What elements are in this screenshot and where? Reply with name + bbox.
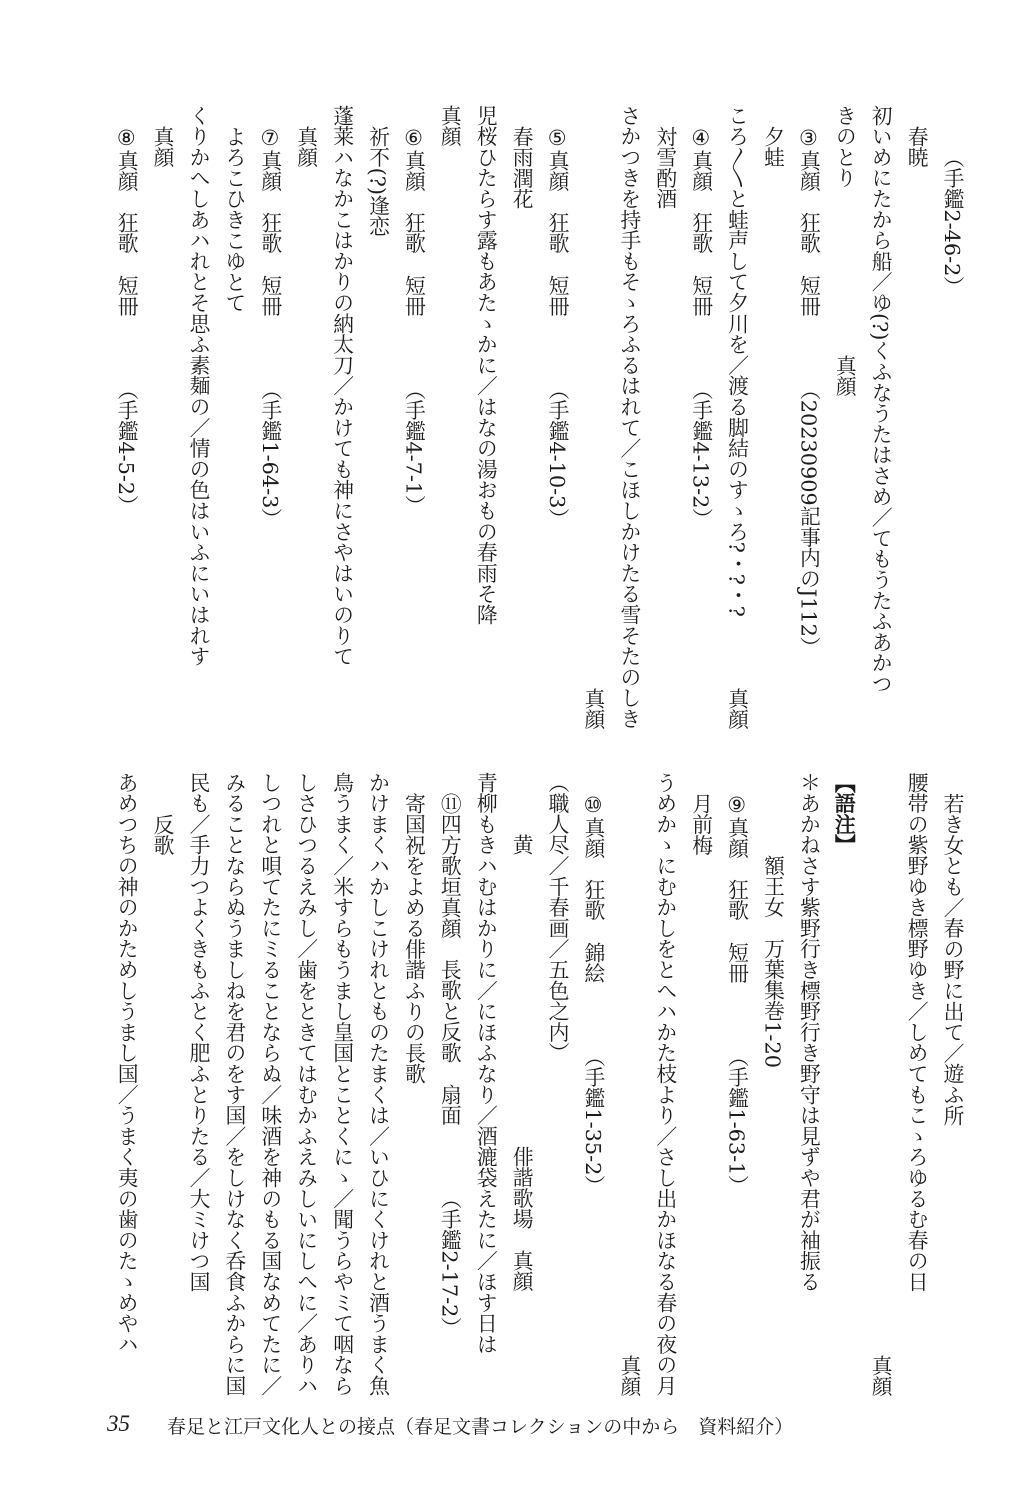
citation-author: 額王女 xyxy=(760,855,784,917)
entry-source: （手鑑1-64-3） xyxy=(258,379,282,529)
poem-signature-line: 真顔 xyxy=(287,105,323,730)
entry-medium: 短冊 xyxy=(401,275,425,317)
poem-title: 反歌 xyxy=(143,772,179,1397)
poem-line: 青柳もきハむはかりに／にほふなり／酒漉袋えたに／ほす日は xyxy=(466,772,502,1397)
poem-signature: 真顔 xyxy=(294,126,318,168)
entry-source: （手鑑1-35-2） xyxy=(581,1046,605,1196)
poem-title-text: 月前梅 xyxy=(689,793,713,855)
entry-header: ⑦真顔狂歌短冊（手鑑1-64-3） xyxy=(251,105,287,730)
entry-number: ⑦ xyxy=(258,126,282,150)
poem-line: ころ〳〵と蛙声して夕川を／渡る脚結のすゝろ?・?・?真顔 xyxy=(718,105,754,730)
entry-number: ⑥ xyxy=(401,126,425,150)
entry-medium: 短冊 xyxy=(258,275,282,317)
poem-line: あめつちの神のかためしうまし国／うまく夷の歯のたゝめやハ xyxy=(107,772,143,1397)
entry-header: ⑧真顔狂歌短冊（手鑑4-5-2） xyxy=(107,105,143,730)
entry-genre: 狂歌 xyxy=(545,212,569,254)
entry-medium: 短冊 xyxy=(725,942,749,984)
poem-text: 初いめにたから船／ゆ(?)くふなうたはさめ／てもうたふあかつ xyxy=(868,105,892,694)
poem-text: 鳥うまく／米すらもうまし皇国とことくにゝ／聞うらやミて咽なら xyxy=(330,772,354,1396)
entry-author: 真顔 xyxy=(725,817,749,859)
poem-line: うめかゝにむかしをとへハかた枝より／さし出かほなる春の夜の月 xyxy=(646,772,682,1397)
poem-title: 寄国祝をよめる俳諧ふりの長歌 xyxy=(395,772,431,1397)
entry-header: ⑥真顔狂歌短冊（手鑑4-7-1） xyxy=(395,105,431,730)
glossary-heading: 【語注】 xyxy=(825,772,861,1397)
running-title: 春足と江戸文化人との接点（春足文書コレクションの中から 資料紹介） xyxy=(167,1412,793,1439)
poem-text: きのとり xyxy=(832,105,856,188)
source-text: （手鑑2-46-2） xyxy=(940,147,964,297)
entry-source: （手鑑4-13-2） xyxy=(689,379,713,529)
glossary-heading-text: 【語注】 xyxy=(831,772,856,855)
poem-text: ころ〳〵と蛙声して夕川を／渡る脚結のすゝろ?・?・? xyxy=(718,105,754,617)
poem-title: 春暁 xyxy=(897,105,933,730)
entry-genre: 狂歌 xyxy=(401,212,425,254)
entry-medium: 錦絵 xyxy=(581,942,605,984)
glossary-citation: 額王女万葉集巻1-20 xyxy=(754,772,790,1397)
entry-header: ⑨真顔狂歌短冊（手鑑1-63-1） xyxy=(718,772,754,1397)
poem-signature: 真顔 xyxy=(437,105,461,147)
poem-signature-line: 真顔 xyxy=(861,772,897,1397)
entry-genre: 狂歌 xyxy=(258,212,282,254)
poem-text: しつれと唄てたにミることならぬ／味酒を神のもる国なめてたに／ xyxy=(258,772,282,1396)
poem-text: 青柳もきハむはかりに／にほふなり／酒漉袋えたに／ほす日は xyxy=(473,772,497,1354)
source-reference: （手鑑2-46-2） xyxy=(933,105,969,730)
poem-title: 対雪酌酒 xyxy=(646,105,682,730)
poem-title-text: 反歌 xyxy=(150,814,174,856)
entry-number: ⑤ xyxy=(545,126,569,150)
poem-title: 月前梅 xyxy=(682,772,718,1397)
poem-line: きのとり真顔 xyxy=(825,105,861,730)
poem-line: かけまくハかしこけれとものたまくは／いひにくけれと酒うまく魚 xyxy=(359,772,395,1397)
poem-signature-line: 真顔 xyxy=(430,105,466,730)
poem-signature: 真顔 xyxy=(832,355,856,397)
entry-source: （手鑑1-63-1） xyxy=(725,1046,749,1196)
poem-text: かけまくハかしこけれとものたまくは／いひにくけれと酒うまく魚 xyxy=(366,772,390,1396)
entry-header: ⑤真顔狂歌短冊（手鑑4-10-3） xyxy=(538,105,574,730)
poem-title-text: 対雪酌酒 xyxy=(653,126,677,209)
poem-line: 鳥うまく／米すらもうまし皇国とことくにゝ／聞うらやミて咽なら xyxy=(323,772,359,1397)
poem-line: さかつきを持手もそゝろふるはれて／こほしかけたる雪そたのしき xyxy=(610,105,646,730)
poem-signature-line: 真顔 xyxy=(574,105,610,730)
entry-genre: 長歌と反歌 xyxy=(437,959,461,1063)
entry-number: ⑩ xyxy=(581,793,605,817)
entry-source: （手鑑2-17-2） xyxy=(437,1188,461,1338)
poem-text: くりかへしあハれとそ思ふ素麺の／情の色はいふにいはれす xyxy=(186,105,210,667)
poem-title: 夕蛙 xyxy=(754,105,790,730)
entry-author: 四方歌垣真顔 xyxy=(437,814,461,939)
entry-number: ⑧ xyxy=(114,126,138,150)
poem-title-text: 春暁 xyxy=(904,126,928,168)
page-number: 35 xyxy=(107,1411,130,1437)
poem-line: 腰帯の紫野ゆき標野ゆき／しめてもこゝろゆるむ春の日 xyxy=(897,772,933,1397)
entry-header: ⑩真顔狂歌錦絵（手鑑1-35-2） xyxy=(574,772,610,1397)
poem-signature: 真顔 xyxy=(868,1355,892,1397)
poem-text: あめつちの神のかためしうまし国／うまく夷の歯のたゝめやハ xyxy=(114,772,138,1354)
poem-line: 蓬莱ハなかこはかりの納太刀／かけても神にさやはいのりて xyxy=(323,105,359,730)
poem-text: 民も／手力つよくきもふとく肥ふとりたる／大ミけつ国 xyxy=(186,772,210,1292)
poem-title: 春雨潤花 xyxy=(502,105,538,730)
poem-text: さかつきを持手もそゝろふるはれて／こほしかけたる雪そたのしき xyxy=(617,105,641,729)
poem-signature: 真顔 xyxy=(150,126,174,168)
upper-text-block: （手鑑2-46-2） 春暁 初いめにたから船／ゆ(?)くふなうたはさめ／てもうた… xyxy=(107,105,969,730)
series-note-text: （職人尽／千春画／五色之内） xyxy=(545,772,569,1063)
entry-number: ⑨ xyxy=(725,793,749,817)
poem-signature: 真顔 xyxy=(581,688,605,730)
entry-genre: 狂歌 xyxy=(725,879,749,921)
entry-author: 真顔 xyxy=(114,150,138,192)
entry-header: ③真顔狂歌短冊（20230909記事内のJ112） xyxy=(789,105,825,730)
poem-line: 児桜ひたらす露もあたゝかに／はなの湯おもの春雨そ降 xyxy=(466,105,502,730)
entry-medium: 短冊 xyxy=(689,275,713,317)
poem-title-text: 若き女とも／春の野に出て／遊ふ所 xyxy=(940,793,964,1126)
poem-title-text: 夕蛙 xyxy=(760,126,784,168)
poem-title: よろこひきこゆとて xyxy=(215,105,251,730)
poem-text: うめかゝにむかしをとへハかた枝より／さし出かほなる春の夜の月 xyxy=(653,772,677,1396)
poem-title: 祈不(?)逢恋 xyxy=(359,105,395,730)
poem-signature-line: 真顔 xyxy=(143,105,179,730)
entry-medium: 短冊 xyxy=(796,275,820,317)
entry-author: 真顔 xyxy=(689,150,713,192)
poem-line: しさひつるえみし／歯をときてはむかふえみしいにしへに／ありハ xyxy=(287,772,323,1397)
entry-author: 真顔 xyxy=(581,817,605,859)
poem-line: くりかへしあハれとそ思ふ素麺の／情の色はいふにいはれす xyxy=(179,105,215,730)
poem-text: 児桜ひたらす露もあたゝかに／はなの湯おもの春雨そ降 xyxy=(473,105,497,625)
entry-author: 真顔 xyxy=(796,150,820,192)
poem-line: しつれと唄てたにミることならぬ／味酒を神のもる国なめてたに／ xyxy=(251,772,287,1397)
poem-title-text: 寄国祝をよめる俳諧ふりの長歌 xyxy=(401,793,425,1084)
entry-source: （手鑑4-7-1） xyxy=(401,379,425,516)
page-footer: 35 春足と江戸文化人との接点（春足文書コレクションの中から 資料紹介） xyxy=(0,1408,1024,1442)
lower-text-block: 若き女とも／春の野に出て／遊ふ所 腰帯の紫野ゆき標野ゆき／しめてもこゝろゆるむ春… xyxy=(107,772,969,1397)
entry-source: （手鑑4-10-3） xyxy=(545,379,569,529)
poem-line: みることならぬうましねを君のをす国／をしけなく呑食ふからに国 xyxy=(215,772,251,1397)
poem-title-text: 祈不(?)逢恋 xyxy=(366,126,390,237)
entry-genre: 狂歌 xyxy=(581,879,605,921)
poem-title: 若き女とも／春の野に出て／遊ふ所 xyxy=(933,772,969,1397)
entry-number: ④ xyxy=(689,126,713,150)
glossary-note: ＊あかねさす紫野行き標野行き野守は見ずや君が袖振る xyxy=(789,772,825,1397)
entry-medium: 短冊 xyxy=(114,275,138,317)
entry-medium: 扇面 xyxy=(437,1084,461,1126)
poem-signature-line: 真顔 xyxy=(610,772,646,1397)
poem-text: 蓬莱ハなかこはかりの納太刀／かけても神にさやはいのりて xyxy=(330,105,354,667)
entry-author: 真顔 xyxy=(258,150,282,192)
entry-genre: 狂歌 xyxy=(689,212,713,254)
poem-title: 黄俳諧歌場 真顔 xyxy=(502,772,538,1397)
poem-text: みることならぬうましねを君のをす国／をしけなく呑食ふからに国 xyxy=(222,772,246,1396)
poem-title-text: よろこひきこゆとて xyxy=(222,126,246,313)
entry-author: 真顔 xyxy=(545,150,569,192)
entry-medium: 短冊 xyxy=(545,275,569,317)
poem-text: 腰帯の紫野ゆき標野ゆき／しめてもこゝろゆるむ春の日 xyxy=(904,772,928,1292)
poem-title-text: 黄 xyxy=(509,834,533,855)
poem-signature: 真顔 xyxy=(718,688,754,730)
entry-author: 真顔 xyxy=(401,150,425,192)
entry-source: （手鑑4-5-2） xyxy=(114,379,138,516)
entry-header: ⑪四方歌垣真顔長歌と反歌扇面（手鑑2-17-2） xyxy=(430,772,466,1397)
entry-genre: 狂歌 xyxy=(796,212,820,254)
entry-number: ⑪ xyxy=(437,793,461,814)
poem-signature: 真顔 xyxy=(617,1355,641,1397)
entry-genre: 狂歌 xyxy=(114,212,138,254)
poem-line: 初いめにたから船／ゆ(?)くふなうたはさめ／てもうたふあかつ xyxy=(861,105,897,730)
entry-header: ④真顔狂歌短冊（手鑑4-13-2） xyxy=(682,105,718,730)
series-note: （職人尽／千春画／五色之内） xyxy=(538,772,574,1397)
citation-source: 万葉集巻1-20 xyxy=(760,938,784,1068)
poem-text: しさひつるえみし／歯をときてはむかふえみしいにしへに／ありハ xyxy=(294,772,318,1396)
poem-line: 民も／手力つよくきもふとく肥ふとりたる／大ミけつ国 xyxy=(179,772,215,1397)
poem-signature: 俳諧歌場 真顔 xyxy=(509,1146,533,1292)
entry-number: ③ xyxy=(796,126,820,150)
entry-source: （20230909記事内のJ112） xyxy=(796,379,820,658)
glossary-note-text: ＊あかねさす紫野行き標野行き野守は見ずや君が袖振る xyxy=(796,772,820,1292)
poem-title-text: 春雨潤花 xyxy=(509,126,533,209)
